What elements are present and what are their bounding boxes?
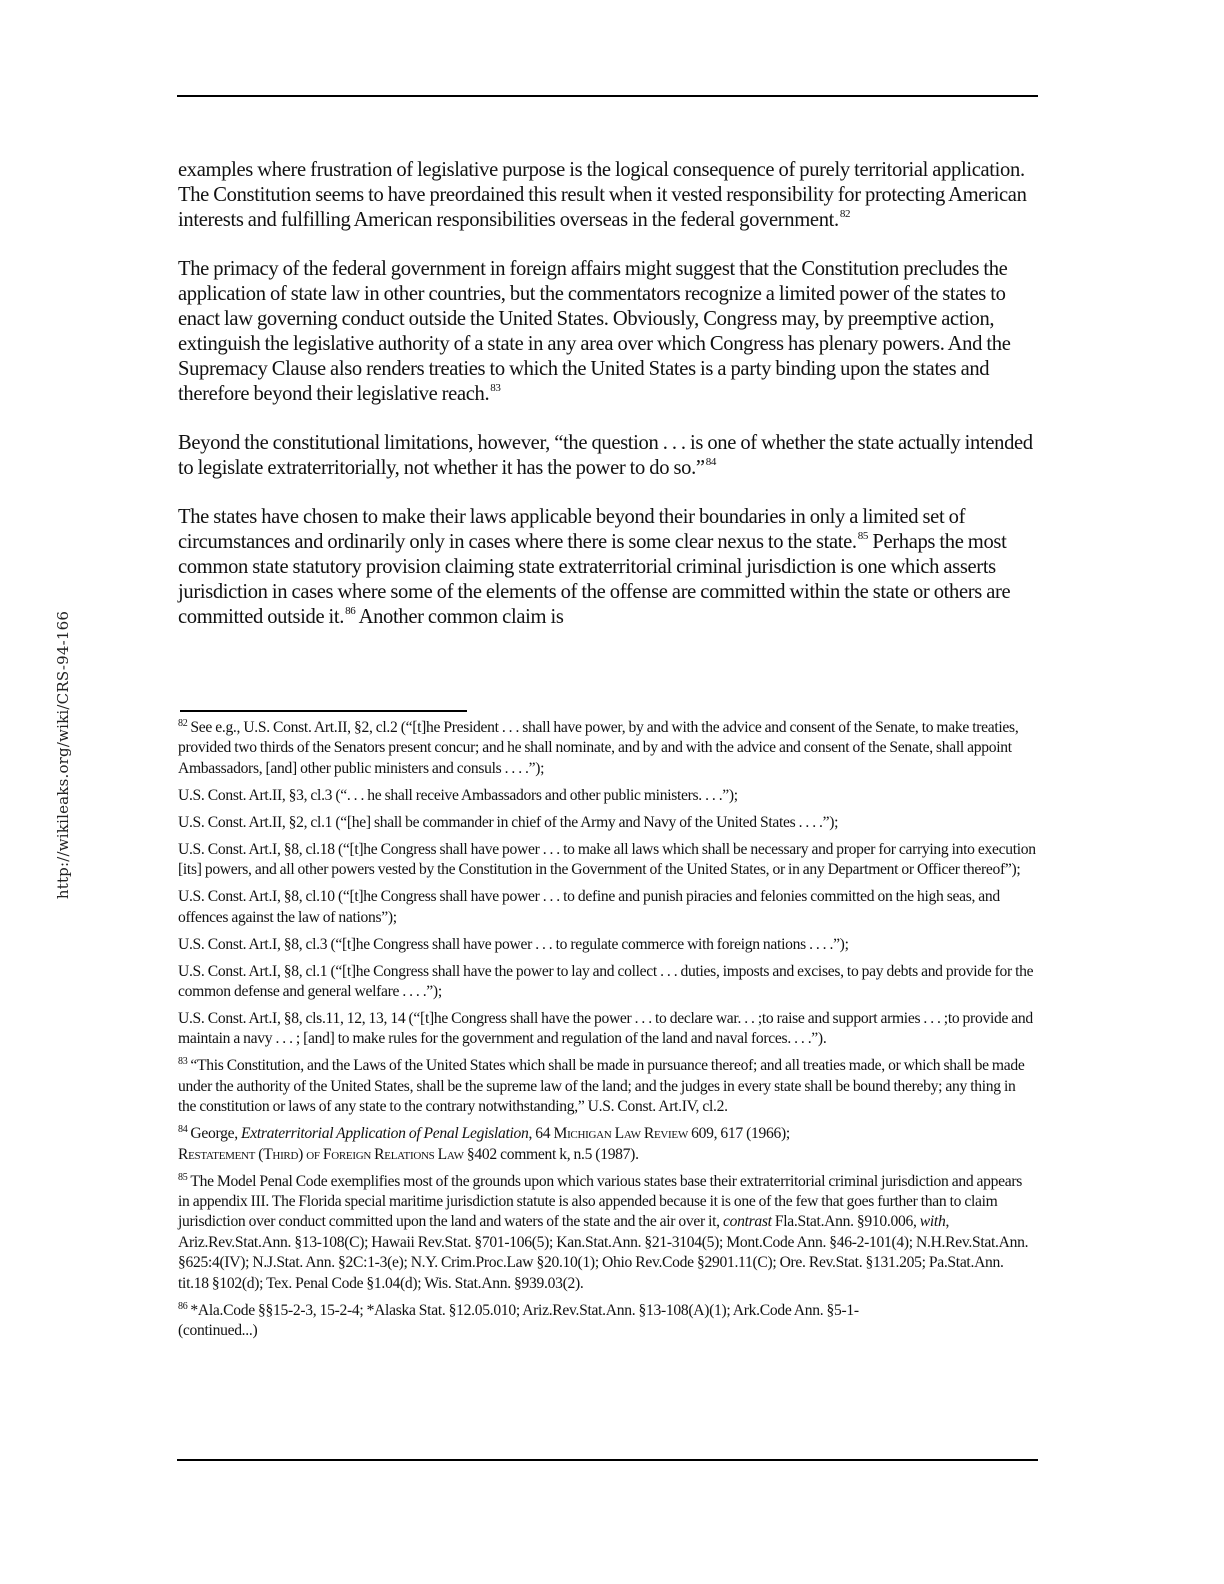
paragraph-1: examples where frustration of legislativ…: [178, 158, 1040, 233]
footnote-83: 83“This Constitution, and the Laws of th…: [178, 1056, 1036, 1117]
footnote-ref-82[interactable]: 82: [840, 208, 850, 220]
footnote-separator: [180, 710, 467, 712]
footnote-82: 82See e.g., U.S. Const. Art.II, §2, cl.2…: [178, 718, 1036, 779]
footnote-number: 82: [178, 718, 187, 729]
footnote-82-cite: U.S. Const. Art.II, §3, cl.3 (“. . . he …: [178, 786, 1036, 806]
footer-rule: [177, 1459, 1038, 1461]
footnote-ref-85[interactable]: 85: [858, 530, 868, 542]
continued-marker: (continued...): [178, 1322, 257, 1339]
footnote-85: 85The Model Penal Code exemplifies most …: [178, 1172, 1036, 1294]
footnote-84: 84George, Extraterritorial Application o…: [178, 1124, 1036, 1165]
footnote-82-cite: U.S. Const. Art.I, §8, cl.18 (“[t]he Con…: [178, 840, 1036, 881]
footnote-86: 86*Ala.Code §§15-2-3, 15-2-4; *Alaska St…: [178, 1301, 1036, 1342]
journal-name: Michigan Law Review: [554, 1125, 688, 1142]
footnote-82-cite: U.S. Const. Art.I, §8, cl.10 (“[t]he Con…: [178, 887, 1036, 928]
header-rule: [177, 95, 1038, 97]
footnote-82-cite: U.S. Const. Art.II, §2, cl.1 (“[he] shal…: [178, 813, 1036, 833]
article-title: Extraterritorial Application of Penal Le…: [241, 1125, 528, 1142]
restatement-title: Restatement (Third) of Foreign Relations…: [178, 1146, 464, 1163]
paragraph-2: The primacy of the federal government in…: [178, 257, 1040, 407]
main-body: examples where frustration of legislativ…: [178, 158, 1040, 654]
footnote-ref-83[interactable]: 83: [490, 382, 500, 394]
footnotes-section: 82See e.g., U.S. Const. Art.II, §2, cl.2…: [178, 718, 1036, 1348]
footnote-number: 83: [178, 1056, 187, 1067]
source-url-watermark: http://wikileaks.org/wiki/CRS-94-166: [54, 611, 72, 899]
footnote-ref-84[interactable]: 84: [706, 456, 716, 468]
footnote-82-cite: U.S. Const. Art.I, §8, cl.3 (“[t]he Cong…: [178, 935, 1036, 955]
paragraph-3: Beyond the constitutional limitations, h…: [178, 431, 1040, 481]
footnote-number: 85: [178, 1172, 187, 1183]
paragraph-4: The states have chosen to make their law…: [178, 505, 1040, 630]
footnote-number: 84: [178, 1124, 187, 1135]
footnote-82-cite: U.S. Const. Art.I, §8, cl.1 (“[t]he Cong…: [178, 962, 1036, 1003]
footnote-ref-86[interactable]: 86: [345, 605, 355, 617]
footnote-82-cite: U.S. Const. Art.I, §8, cls.11, 12, 13, 1…: [178, 1009, 1036, 1050]
footnote-number: 86: [178, 1301, 187, 1312]
